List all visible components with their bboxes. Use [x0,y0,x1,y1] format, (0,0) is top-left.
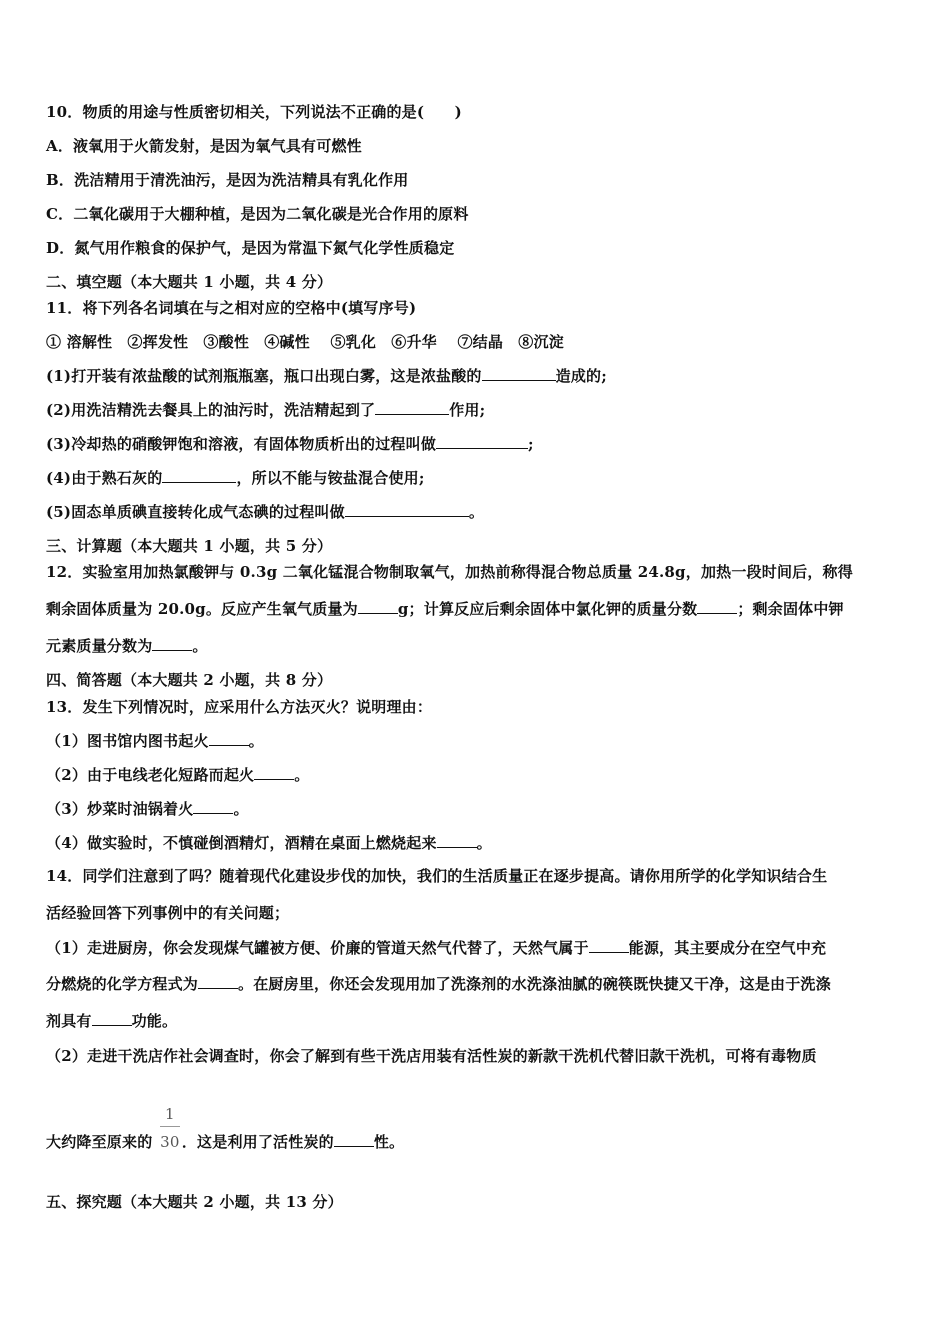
fraction-denominator: 30 [160,1133,180,1151]
q11-item-2: (2)用洗洁精洗去餐具上的油污时，洗洁精起到了作用; [46,400,485,420]
q10-option-d: D．氮气用作粮食的保护气，是因为常温下氮气化学性质稳定 [46,238,454,258]
q13-item-after: 。 [233,800,248,818]
q11-item-1-after: 造成的; [556,367,607,385]
answer-blank[interactable] [589,938,629,953]
q10-option-c: C．二氧化碳用于大棚种植，是因为二氧化碳是光合作用的原料 [46,204,469,224]
answer-blank[interactable] [436,434,528,449]
section-3-title: 三、计算题（本大题共 1 小题，共 5 分） [46,536,332,556]
q11-terms: ① 溶解性 ②挥发性 ③酸性 ④碱性 ⑤乳化 ⑥升华 ⑦结晶 ⑧沉淀 [46,332,564,352]
q14-line-2: 活经验回答下列事例中的有关问题； [46,903,289,923]
answer-blank[interactable] [334,1132,374,1147]
q13-item-3: （3）炒菜时油锅着火。 [46,799,249,819]
q13-item-text: （4）做实验时，不慎碰倒酒精灯，酒精在桌面上燃烧起来 [46,834,437,852]
answer-blank[interactable] [198,974,238,989]
answer-blank[interactable] [162,468,236,483]
q12-text: 。 [192,637,207,655]
q11-stem: 11．将下列各名词填在与之相对应的空格中(填写序号) [46,298,416,318]
q14-text: 大约降至原来的 [46,1133,152,1151]
answer-blank[interactable] [92,1011,132,1026]
q14-part1-line-2: 分燃烧的化学方程式为。在厨房里，你还会发现用加了洗涤剂的水洗涤油腻的碗筷既快捷又… [46,974,831,994]
q13-item-1: （1）图书馆内图书起火。 [46,731,264,751]
q13-item-2: （2）由于电线老化短路而起火。 [46,765,309,785]
q14-part2-line-1: （2）走进干洗店作社会调查时，你会了解到有些干洗店用装有活性炭的新款干洗机代替旧… [46,1046,817,1066]
q10-option-a: A．液氧用于火箭发射，是因为氧气具有可燃性 [46,136,362,156]
q13-item-text: （1）图书馆内图书起火 [46,732,209,750]
q14-part2-line-2: 大约降至原来的 1 30 ．这是利用了活性炭的性。 [46,1132,404,1152]
answer-blank[interactable] [254,765,294,780]
q11-item-5-text: (5)固态单质碘直接转化成气态碘的过程叫做 [46,503,345,521]
answer-blank[interactable] [152,636,192,651]
answer-blank[interactable] [697,599,737,614]
q12-line-3: 元素质量分数为。 [46,636,208,656]
q11-item-2-after: 作用; [449,401,485,419]
q11-item-3: (3)冷却热的硝酸钾饱和溶液，有固体物质析出的过程叫做; [46,434,534,454]
q14-text: （1）走进厨房，你会发现煤气罐被方便、价廉的管道天然气代替了，天然气属于 [46,939,589,957]
answer-blank[interactable] [437,833,477,848]
answer-blank[interactable] [482,366,556,381]
q10-stem: 10．物质的用途与性质密切相关，下列说法不正确的是( ) [46,102,462,122]
q11-item-5: (5)固态单质碘直接转化成气态碘的过程叫做。 [46,502,484,522]
q11-item-4: (4)由于熟石灰的，所以不能与铵盐混合使用; [46,468,425,488]
q11-item-3-text: (3)冷却热的硝酸钾饱和溶液，有固体物质析出的过程叫做 [46,435,436,453]
q14-part1-line-3: 剂具有功能。 [46,1011,177,1031]
q14-text: 剂具有 [46,1012,92,1030]
answer-blank[interactable] [375,400,449,415]
q14-text: 功能。 [132,1012,178,1030]
fraction-bar [160,1126,180,1127]
q12-line-1: 12．实验室用加热氯酸钾与 0.3g 二氧化锰混合物制取氧气，加热前称得混合物总… [46,562,853,582]
q11-item-5-after: 。 [469,503,484,521]
q12-line-2: 剩余固体质量为 20.0g。反应产生氧气质量为g；计算反应后剩余固体中氯化钾的质… [46,599,844,619]
q13-item-text: （3）炒菜时油锅着火 [46,800,193,818]
answer-blank[interactable] [345,502,469,517]
q11-item-2-text: (2)用洗洁精洗去餐具上的油污时，洗洁精起到了 [46,401,375,419]
q13-item-text: （2）由于电线老化短路而起火 [46,766,254,784]
q11-item-4-text: (4)由于熟石灰的 [46,469,162,487]
q14-text: ．这是利用了活性炭的 [182,1133,334,1151]
q14-part1-line-1: （1）走进厨房，你会发现煤气罐被方便、价廉的管道天然气代替了，天然气属于能源，其… [46,938,826,958]
section-2-title: 二、填空题（本大题共 1 小题，共 4 分） [46,272,332,292]
q14-text: 性。 [374,1133,404,1151]
q11-item-1-text: (1)打开装有浓盐酸的试剂瓶瓶塞，瓶口出现白雾，这是浓盐酸的 [46,367,482,385]
q12-text: 元素质量分数为 [46,637,152,655]
fraction: 1 30 [158,1132,182,1152]
q12-text: 剩余固体质量为 20.0g。反应产生氧气质量为 [46,600,358,618]
q12-text: g；计算反应后剩余固体中氯化钾的质量分数 [398,600,698,618]
q10-option-b: B．洗洁精用于清洗油污，是因为洗洁精具有乳化作用 [46,170,408,190]
answer-blank[interactable] [209,731,249,746]
q11-item-1: (1)打开装有浓盐酸的试剂瓶瓶塞，瓶口出现白雾，这是浓盐酸的造成的; [46,366,607,386]
q14-text: 分燃烧的化学方程式为 [46,975,198,993]
answer-blank[interactable] [358,599,398,614]
q14-text: 。在厨房里，你还会发现用加了洗涤剂的水洗涤油腻的碗筷既快捷又干净，这是由于洗涤 [238,975,831,993]
q13-item-after: 。 [477,834,492,852]
q13-stem: 13．发生下列情况时，应采用什么方法灭火？说明理由： [46,697,432,717]
q12-text: ；剩余固体中钾 [737,600,843,618]
q13-item-after: 。 [249,732,264,750]
q14-line-1: 14．同学们注意到了吗？随着现代化建设步伐的加快，我们的生活质量正在逐步提高。请… [46,866,827,886]
q11-item-4-after: ，所以不能与铵盐混合使用; [236,469,424,487]
section-5-title: 五、探究题（本大题共 2 小题，共 13 分） [46,1192,343,1212]
q13-item-4: （4）做实验时，不慎碰倒酒精灯，酒精在桌面上燃烧起来。 [46,833,492,853]
q14-text: 能源，其主要成分在空气中充 [629,939,827,957]
section-4-title: 四、简答题（本大题共 2 小题，共 8 分） [46,670,332,690]
q13-item-after: 。 [294,766,309,784]
answer-blank[interactable] [193,799,233,814]
fraction-numerator: 1 [158,1104,182,1124]
q11-item-3-after: ; [528,435,534,453]
